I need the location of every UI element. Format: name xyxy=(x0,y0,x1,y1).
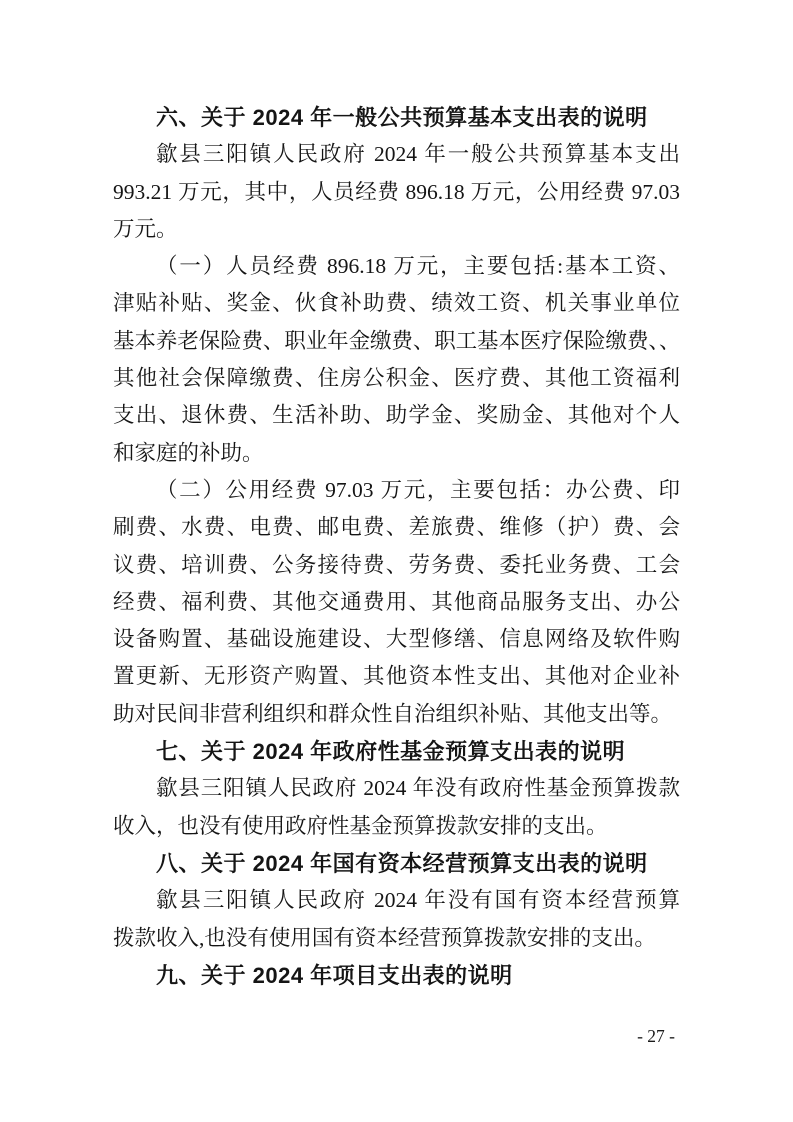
text-line: 993.21 万元，其中，人员经费 896.18 万元，公用经费 97.03 xyxy=(113,174,680,211)
page-number: - 27 - xyxy=(637,1021,675,1051)
text-line: 歙县三阳镇人民政府 2024 年没有国有资本经营预算 xyxy=(113,882,680,919)
text-line: 助对民间非营利组织和群众性自治组织补贴、其他支出等。 xyxy=(113,696,680,733)
text-line: 议费、培训费、公务接待费、劳务费、委托业务费、工会 xyxy=(113,547,680,584)
text-line: 支出、退休费、生活补助、助学金、奖励金、其他对个人 xyxy=(113,397,680,434)
text-line: 经费、福利费、其他交通费用、其他商品服务支出、办公 xyxy=(113,584,680,621)
paragraph-basic-expenditure-summary: 歙县三阳镇人民政府 2024 年一般公共预算基本支出993.21 万元，其中，人… xyxy=(113,136,680,248)
section-state-capital: 八、关于 2024 年国有资本经营预算支出表的说明 歙县三阳镇人民政府 2024… xyxy=(113,845,680,957)
text-line: 歙县三阳镇人民政府 2024 年一般公共预算基本支出 xyxy=(113,136,680,173)
text-line: 歙县三阳镇人民政府 2024 年没有政府性基金预算拨款 xyxy=(113,770,680,807)
text-line: （二）公用经费 97.03 万元，主要包括：办公费、印 xyxy=(113,472,680,509)
section-project-expenditure: 九、关于 2024 年项目支出表的说明 xyxy=(113,957,680,994)
section-project-expenditure-heading: 九、关于 2024 年项目支出表的说明 xyxy=(113,957,680,994)
section-basic-expenditure: 六、关于 2024 年一般公共预算基本支出表的说明 歙县三阳镇人民政府 2024… xyxy=(113,99,680,733)
text-line: 其他社会保障缴费、住房公积金、医疗费、其他工资福利 xyxy=(113,360,680,397)
document-page: 六、关于 2024 年一般公共预算基本支出表的说明 歙县三阳镇人民政府 2024… xyxy=(0,0,793,1122)
text-line: 万元。 xyxy=(113,211,680,248)
text-line: 和家庭的补助。 xyxy=(113,435,680,472)
paragraph-personnel-expenses: （一）人员经费 896.18 万元，主要包括:基本工资、津贴补贴、奖金、伙食补助… xyxy=(113,248,680,472)
text-line: 津贴补贴、奖金、伙食补助费、绩效工资、机关事业单位 xyxy=(113,285,680,322)
section-state-capital-heading: 八、关于 2024 年国有资本经营预算支出表的说明 xyxy=(113,845,680,882)
text-line: 基本养老保险费、职业年金缴费、职工基本医疗保险缴费、、 xyxy=(113,323,680,360)
text-line: 拨款收入,也没有使用国有资本经营预算拨款安排的支出。 xyxy=(113,920,680,957)
document-content: 六、关于 2024 年一般公共预算基本支出表的说明 歙县三阳镇人民政府 2024… xyxy=(113,99,680,994)
section-government-fund: 七、关于 2024 年政府性基金预算支出表的说明 歙县三阳镇人民政府 2024 … xyxy=(113,733,680,845)
text-line: （一）人员经费 896.18 万元，主要包括:基本工资、 xyxy=(113,248,680,285)
section-basic-expenditure-heading: 六、关于 2024 年一般公共预算基本支出表的说明 xyxy=(113,99,680,136)
paragraph-state-capital: 歙县三阳镇人民政府 2024 年没有国有资本经营预算拨款收入,也没有使用国有资本… xyxy=(113,882,680,957)
section-government-fund-heading: 七、关于 2024 年政府性基金预算支出表的说明 xyxy=(113,733,680,770)
paragraph-public-expenses: （二）公用经费 97.03 万元，主要包括：办公费、印刷费、水费、电费、邮电费、… xyxy=(113,472,680,733)
text-line: 收入，也没有使用政府性基金预算拨款安排的支出。 xyxy=(113,808,680,845)
text-line: 刷费、水费、电费、邮电费、差旅费、维修（护）费、会 xyxy=(113,509,680,546)
paragraph-government-fund: 歙县三阳镇人民政府 2024 年没有政府性基金预算拨款收入，也没有使用政府性基金… xyxy=(113,770,680,845)
text-line: 置更新、无形资产购置、其他资本性支出、其他对企业补 xyxy=(113,658,680,695)
text-line: 设备购置、基础设施建设、大型修缮、信息网络及软件购 xyxy=(113,621,680,658)
